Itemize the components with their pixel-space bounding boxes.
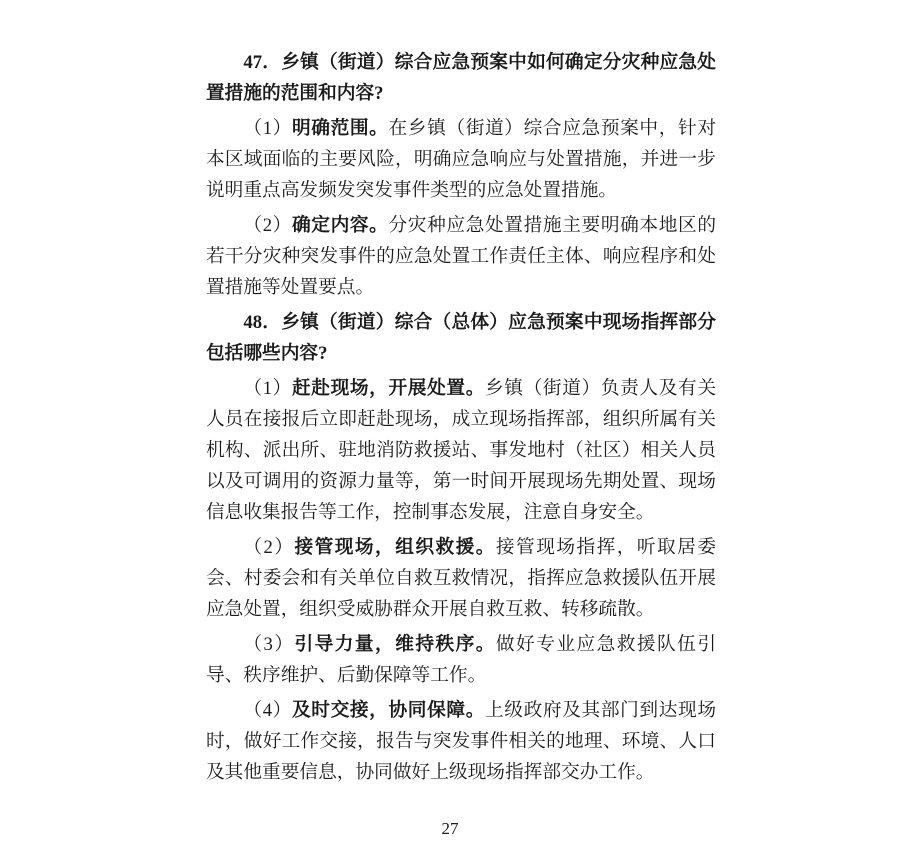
document-page: 47．乡镇（街道）综合应急预案中如何确定分灾种应急处置措施的范围和内容?（1）明… [0,0,900,858]
text-segment: （2） [243,537,294,558]
answer-48-item-4: （4）及时交接，协同保障。上级政府及其部门到达现场时，做好工作交接，报告与突发事… [206,695,716,788]
question-47: 47．乡镇（街道）综合应急预案中如何确定分灾种应急处置措施的范围和内容? [206,47,716,109]
text-segment: 赶赴现场，开展处置。 [292,378,485,399]
page-number: 27 [0,818,900,840]
document-body: 47．乡镇（街道）综合应急预案中如何确定分灾种应急处置措施的范围和内容?（1）明… [206,47,716,788]
answer-48-item-2: （2）接管现场，组织救援。接管现场指挥，听取居委会、村委会和有关单位自救互救情况… [206,532,716,625]
text-segment: 引导力量，维持秩序。 [294,634,495,655]
answer-48-item-1: （1）赶赴现场，开展处置。乡镇（街道）负责人及有关人员在接报后立即赶赴现场，成立… [206,373,716,528]
answer-48-item-3: （3）引导力量，维持秩序。做好专业应急救援队伍引导、秩序维护、后勤保障等工作。 [206,629,716,691]
question-48: 48．乡镇（街道）综合（总体）应急预案中现场指挥部分包括哪些内容? [206,307,716,369]
text-segment: （1） [243,118,292,139]
text-segment: （2） [243,215,292,236]
text-segment: 及时交接，协同保障。 [292,700,485,721]
answer-47-item-1: （1）明确范围。在乡镇（街道）综合应急预案中，针对本区域面临的主要风险，明确应急… [206,113,716,206]
text-segment: 乡镇（街道）负责人及有关人员在接报后立即赶赴现场，成立现场指挥部，组织所属有关机… [206,378,716,523]
text-segment: （1） [243,378,292,399]
text-segment: 明确范围。 [292,118,389,139]
text-segment: 确定内容。 [292,215,389,236]
text-segment: 48．乡镇（街道）综合（总体）应急预案中现场指挥部分包括哪些内容? [206,312,716,364]
text-segment: 47．乡镇（街道）综合应急预案中如何确定分灾种应急处置措施的范围和内容? [206,52,716,104]
text-segment: 接管现场，组织救援。 [294,537,495,558]
answer-47-item-2: （2）确定内容。分灾种应急处置措施主要明确本地区的若干分灾种突发事件的应急处置工… [206,210,716,303]
text-segment: （3） [243,634,294,655]
text-segment: （4） [243,700,292,721]
